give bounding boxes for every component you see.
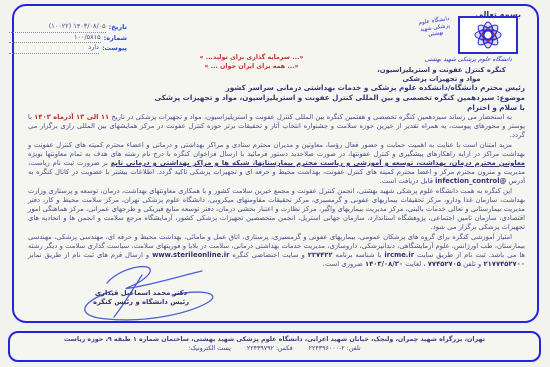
attachment-field: پیوست: دارد	[9, 43, 127, 54]
date-value: ۱۴۰۳/۰۸/۰۵ (۱۰۰۲۲)	[9, 22, 106, 33]
footer-contacts: تلفن: ۲-۲۲۴۳۹۶۰۰۰ فکس: ۲۲۴۳۹۷۹۲ پست الکت…	[10, 345, 539, 352]
paragraph-1: به استحضار می رساند سیزدهمین کنگره تخصصی…	[28, 113, 525, 141]
paragraph-4: امتیاز آموزشی کنگره برای گروه های پزشکان…	[28, 233, 525, 270]
logo-emblem-icon	[458, 16, 518, 54]
footer-phone: تلفن: ۲-۲۲۴۳۹۶۰۰۰	[309, 345, 361, 352]
paragraph-2: مزید امتنان است با عنایت به اهمیت حمایت …	[28, 141, 525, 187]
congress-org-title: کنگره کنترل عفونت و استریلیزاسیون، مواد …	[354, 66, 529, 84]
paragraph-3: این کنگره به همت دانشگاه علوم پزشکی شهید…	[28, 187, 525, 233]
date-label: تاریخ:	[109, 23, 127, 33]
attachment-value: دارد	[9, 43, 99, 54]
letter-body-frame: بسمه تعالی تاریخ: ۱۴۰۳/۰۸/۰۵ (۱۰۰۲۲) شما…	[12, 4, 539, 323]
recipient-line: رئیس محترم دانشگاه/دانشکده علوم پزشکی و …	[28, 83, 525, 92]
number-value: ۱۰۰/۵۸۱۵	[9, 33, 101, 44]
attachment-label: پیوست:	[102, 44, 127, 54]
date-field: تاریخ: ۱۴۰۳/۰۸/۰۵ (۱۰۰۲۲)	[9, 22, 127, 33]
number-field: شماره: ۱۰۰/۵۸۱۵	[9, 33, 127, 44]
congress-org-line1: کنگره کنترل عفونت و استریلیزاسیون،	[354, 66, 529, 75]
slogan-line1: «... سرمایه گذاری برای تولید... »	[164, 54, 339, 63]
logo-calligraphy-icon: دانشگاه علوم پزشکی شهید بهشتی	[413, 15, 457, 40]
scanned-letter-page: بسمه تعالی تاریخ: ۱۴۰۳/۰۸/۰۵ (۱۰۰۲۲) شما…	[0, 0, 550, 367]
footer-fax: فکس: ۲۲۴۳۹۷۹۲	[247, 345, 293, 352]
subject-line: موضوع: سیزدهمین کنگره تخصصی و بین المللی…	[28, 93, 525, 102]
signature-block: دکتر محمد اسماعیل قیداری رئیس دانشگاه و …	[66, 289, 216, 307]
footer-contact-box: تهران، بزرگراه شهید چمران، ولنجک، خیابان…	[8, 331, 541, 362]
letter-meta-block: تاریخ: ۱۴۰۳/۰۸/۰۵ (۱۰۰۲۲) شماره: ۱۰۰/۵۸۱…	[9, 22, 127, 54]
letter-body-text: به استحضار می رساند سیزدهمین کنگره تخصصی…	[28, 113, 525, 269]
university-name-script: دانشگاه علوم پزشکی شهید بهشتی	[416, 56, 522, 63]
signatory-name: دکتر محمد اسماعیل قیداری	[66, 289, 216, 298]
signatory-title: رئیس دانشگاه و رئیس کنگره	[66, 298, 216, 307]
number-label: شماره:	[104, 34, 127, 44]
salutation-line: با سلام و احترام	[28, 103, 525, 112]
footer-email-label: پست الکترونیک:	[188, 345, 231, 352]
footer-address: تهران، بزرگراه شهید چمران، ولنجک، خیابان…	[10, 336, 539, 343]
slogan-block: «... سرمایه گذاری برای تولید... » «... ه…	[164, 54, 339, 71]
slogan-line2: «... همه برای ایران جوان ... »	[164, 63, 339, 72]
